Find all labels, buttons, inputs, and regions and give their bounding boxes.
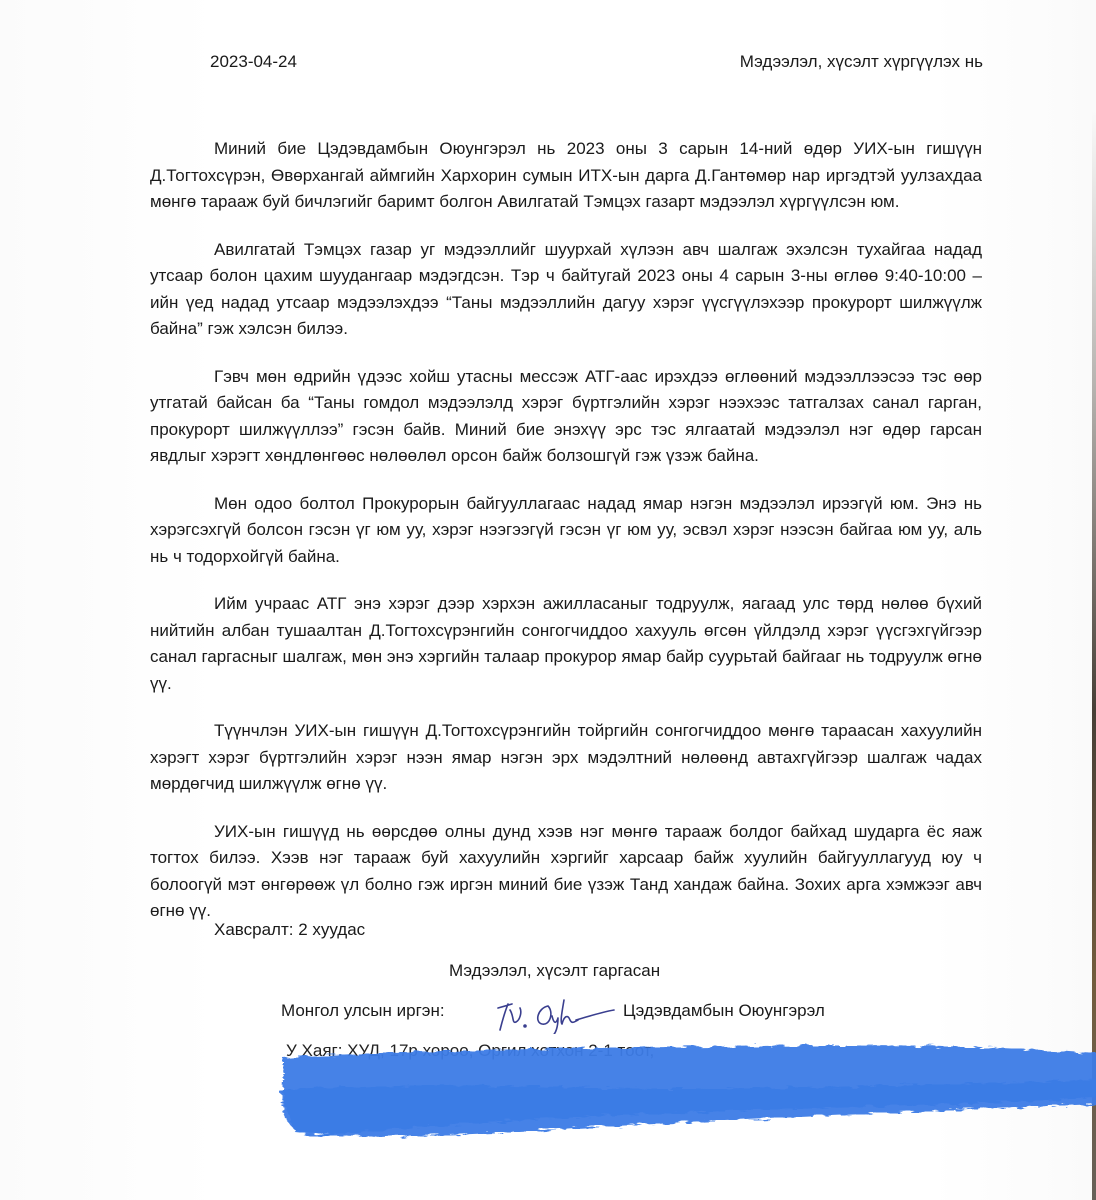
letter-subject: Мэдээлэл, хүсэлт хүргүүлэх нь <box>740 52 983 72</box>
body-paragraph: Мөн одоо болтол Прокурорын байгууллагаас… <box>150 491 982 571</box>
body-paragraph: Ийм учраас АТГ энэ хэрэг дээр хэрхэн ажи… <box>150 591 982 697</box>
handwritten-signature-icon <box>490 994 620 1034</box>
body-paragraph: Түүнчлэн УИХ-ын гишүүн Д.Тогтохсүрэнгийн… <box>150 718 982 798</box>
body-paragraph: Миний бие Цэдэвдамбын Оюунгэрэл нь 2023 … <box>150 136 982 216</box>
citizen-label: Монгол улсын иргэн: <box>281 1001 445 1021</box>
signer-name: Цэдэвдамбын Оюунгэрэл <box>623 1001 825 1021</box>
document-page: 2023-04-24 Мэдээлэл, хүсэлт хүргүүлэх нь… <box>0 0 1096 1200</box>
body-paragraph: Авилгатай Тэмцэх газар уг мэдээллийг шуу… <box>150 237 982 343</box>
letter-body: Миний бие Цэдэвдамбын Оюунгэрэл нь 2023 … <box>150 136 982 946</box>
redaction-scribble <box>275 1040 1096 1150</box>
submitted-by-label: Мэдээлэл, хүсэлт гаргасан <box>449 961 660 981</box>
letter-date: 2023-04-24 <box>210 52 297 72</box>
attachment-note: Хавсралт: 2 хуудас <box>214 920 365 940</box>
page-edge-shadow <box>1092 110 1096 1200</box>
body-paragraph: УИХ-ын гишүүд нь өөрсдөө олны дунд хээв … <box>150 819 982 925</box>
body-paragraph: Гэвч мөн өдрийн үдээс хойш утасны мессэж… <box>150 364 982 470</box>
